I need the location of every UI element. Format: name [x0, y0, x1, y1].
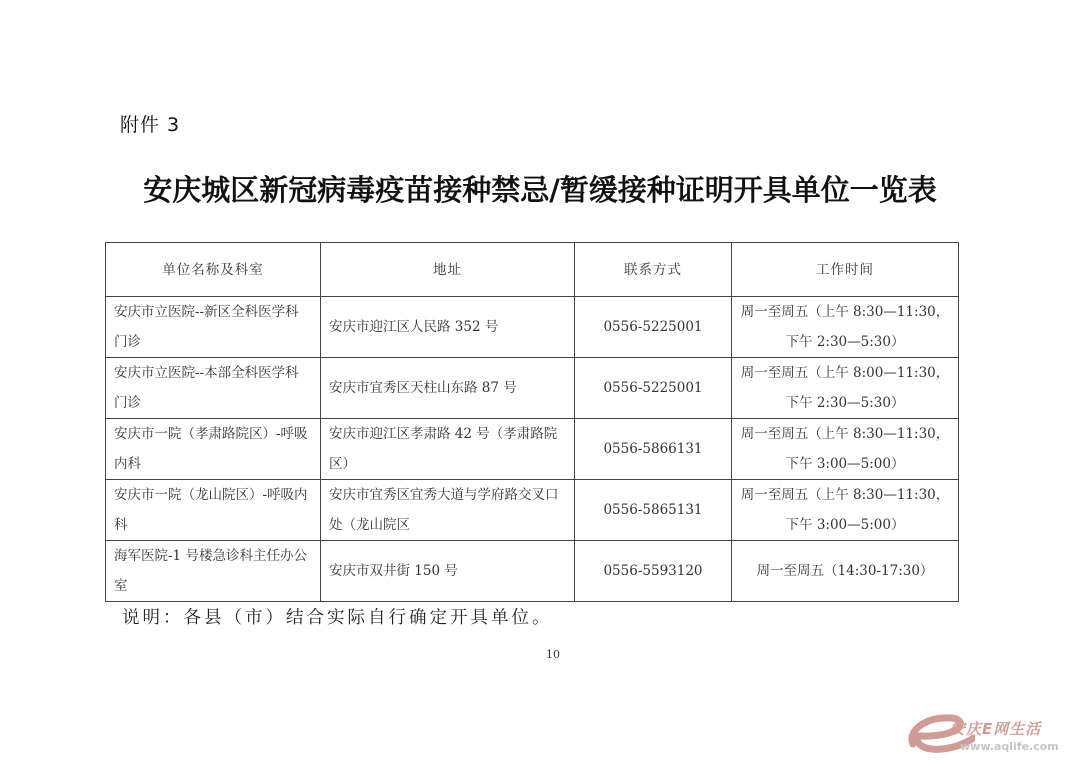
- address-cell: 安庆市迎江区孝肃路 42 号（孝肃路院区）: [321, 419, 575, 480]
- unit-name-cell: 海军医院-1 号楼急诊科主任办公室: [106, 541, 321, 602]
- site-watermark: 安庆E网生活 www.aqlife.com: [905, 710, 1075, 760]
- units-table: 单位名称及科室 地址 联系方式 工作时间 安庆市立医院--新区全科医学科门诊 安…: [105, 242, 959, 602]
- watermark-brand: 安庆E网生活: [950, 718, 1041, 739]
- table-row: 安庆市一院（孝肃路院区）-呼吸内科 安庆市迎江区孝肃路 42 号（孝肃路院区） …: [106, 419, 959, 480]
- header-address: 地址: [321, 243, 575, 297]
- phone-cell: 0556-5865131: [575, 480, 732, 541]
- phone-cell: 0556-5225001: [575, 297, 732, 358]
- unit-name-cell: 安庆市立医院--本部全科医学科门诊: [106, 358, 321, 419]
- page-number: 10: [546, 648, 560, 661]
- table-header-row: 单位名称及科室 地址 联系方式 工作时间: [106, 243, 959, 297]
- header-working-hours: 工作时间: [732, 243, 959, 297]
- address-cell: 安庆市迎江区人民路 352 号: [321, 297, 575, 358]
- table-row: 安庆市立医院--本部全科医学科门诊 安庆市宜秀区天柱山东路 87 号 0556-…: [106, 358, 959, 419]
- address-cell: 安庆市宜秀区宜秀大道与学府路交叉口处（龙山院区: [321, 480, 575, 541]
- unit-name-cell: 安庆市一院（龙山院区）-呼吸内科: [106, 480, 321, 541]
- address-cell: 安庆市宜秀区天柱山东路 87 号: [321, 358, 575, 419]
- table-row: 海军医院-1 号楼急诊科主任办公室 安庆市双井街 150 号 0556-5593…: [106, 541, 959, 602]
- hours-cell: 周一至周五（上午 8:30—11:30，下午 3:00—5:00）: [732, 419, 959, 480]
- attachment-label: 附件 3: [120, 110, 180, 137]
- phone-cell: 0556-5225001: [575, 358, 732, 419]
- header-contact: 联系方式: [575, 243, 732, 297]
- phone-cell: 0556-5593120: [575, 541, 732, 602]
- unit-name-cell: 安庆市立医院--新区全科医学科门诊: [106, 297, 321, 358]
- header-unit-name: 单位名称及科室: [106, 243, 321, 297]
- hours-cell: 周一至周五（上午 8:30—11:30，下午 2:30—5:30）: [732, 297, 959, 358]
- document-title: 安庆城区新冠病毒疫苗接种禁忌/暂缓接种证明开具单位一览表: [0, 168, 1080, 209]
- explanatory-note: 说明：各县（市）结合实际自行确定开具单位。: [122, 604, 553, 629]
- hours-cell: 周一至周五（14:30-17:30）: [732, 541, 959, 602]
- table-row: 安庆市立医院--新区全科医学科门诊 安庆市迎江区人民路 352 号 0556-5…: [106, 297, 959, 358]
- unit-name-cell: 安庆市一院（孝肃路院区）-呼吸内科: [106, 419, 321, 480]
- phone-cell: 0556-5866131: [575, 419, 732, 480]
- watermark-url: www.aqlife.com: [960, 740, 1059, 753]
- hours-cell: 周一至周五（上午 8:00—11:30，下午 2:30—5:30）: [732, 358, 959, 419]
- address-cell: 安庆市双井街 150 号: [321, 541, 575, 602]
- hours-cell: 周一至周五（上午 8:30—11:30，下午 3:00—5:00）: [732, 480, 959, 541]
- table-row: 安庆市一院（龙山院区）-呼吸内科 安庆市宜秀区宜秀大道与学府路交叉口处（龙山院区…: [106, 480, 959, 541]
